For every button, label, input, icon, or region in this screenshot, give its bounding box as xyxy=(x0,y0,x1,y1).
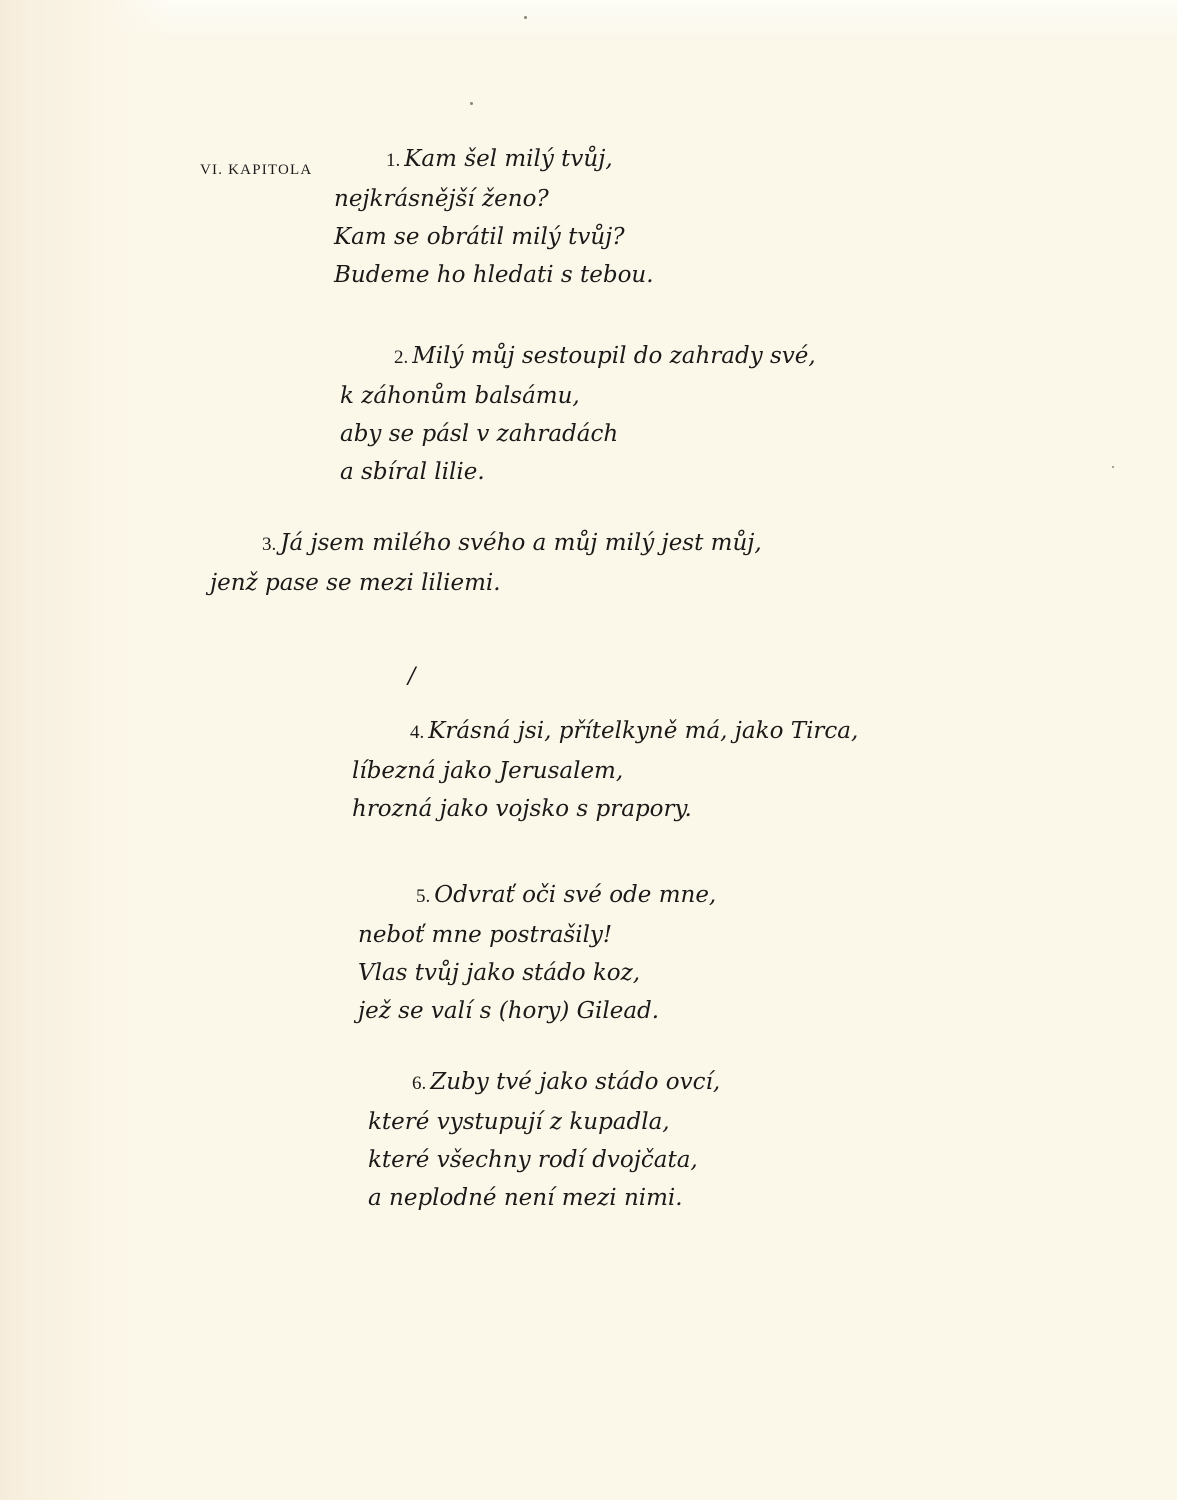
verse-line: aby se pásl v zahradách xyxy=(340,415,816,453)
verse-line: Kam šel milý tvůj, xyxy=(404,146,612,172)
verse-stanza-1: 1.Kam šel milý tvůj, nejkrásnější ženo? … xyxy=(334,140,654,294)
book-page: VI. KAPITOLA 1.Kam šel milý tvůj, nejkrá… xyxy=(0,0,1177,1500)
verse-line: Budeme ho hledati s tebou. xyxy=(334,256,654,294)
verse-line: Zuby tvé jako stádo ovcí, xyxy=(430,1069,720,1095)
verse-stanza-4: 4.Krásná jsi, přítelkyně má, jako Tirca,… xyxy=(352,712,858,828)
verse-line: jež se valí s (hory) Gilead. xyxy=(358,992,716,1030)
verse-stanza-5: 5.Odvrať oči své ode mne, neboť mne post… xyxy=(358,876,716,1030)
verse-first-line: 6.Zuby tvé jako stádo ovcí, xyxy=(368,1063,720,1103)
chapter-label: VI. KAPITOLA xyxy=(200,162,312,179)
verse-first-line: 3.Já jsem milého svého a můj milý jest m… xyxy=(210,524,762,564)
verse-line: líbezná jako Jerusalem, xyxy=(352,752,858,790)
paper-speck xyxy=(1112,466,1114,468)
verse-stanza-3: 3.Já jsem milého svého a můj milý jest m… xyxy=(210,524,762,602)
verse-number: 4. xyxy=(410,722,424,743)
verse-number: 3. xyxy=(262,534,276,555)
verse-number: 5. xyxy=(416,886,430,907)
verse-number: 6. xyxy=(412,1073,426,1094)
paper-speck xyxy=(470,102,473,105)
verse-line: jenž pase se mezi liliemi. xyxy=(210,564,762,602)
verse-line: které všechny rodí dvojčata, xyxy=(368,1141,720,1179)
verse-first-line: 4.Krásná jsi, přítelkyně má, jako Tirca, xyxy=(352,712,858,752)
verse-line: nejkrásnější ženo? xyxy=(334,180,654,218)
verse-line: hrozná jako vojsko s prapory. xyxy=(352,790,858,828)
verse-first-line: 2.Milý můj sestoupil do zahrady své, xyxy=(340,337,816,377)
verse-line: k záhonům balsámu, xyxy=(340,377,816,415)
verse-line: které vystupují z kupadla, xyxy=(368,1103,720,1141)
verse-line: Já jsem milého svého a můj milý jest můj… xyxy=(280,530,761,556)
verse-first-line: 5.Odvrať oči své ode mne, xyxy=(358,876,716,916)
verse-stanza-6: 6.Zuby tvé jako stádo ovcí, které vystup… xyxy=(368,1063,720,1217)
verse-line: a neplodné není mezi nimi. xyxy=(368,1179,720,1217)
verse-line: neboť mne postrašily! xyxy=(358,916,716,954)
verse-line: Milý můj sestoupil do zahrady své, xyxy=(412,343,815,369)
verse-stanza-2: 2.Milý můj sestoupil do zahrady své, k z… xyxy=(340,337,816,491)
verse-line: Vlas tvůj jako stádo koz, xyxy=(358,954,716,992)
verse-line: a sbíral lilie. xyxy=(340,453,816,491)
verse-number: 1. xyxy=(386,150,400,171)
verse-line: Krásná jsi, přítelkyně má, jako Tirca, xyxy=(428,718,858,744)
verse-number: 2. xyxy=(394,347,408,368)
verse-line: Odvrať oči své ode mne, xyxy=(434,882,716,908)
verse-line: Kam se obrátil milý tvůj? xyxy=(334,218,654,256)
separator-mark: / xyxy=(408,664,415,689)
paper-speck xyxy=(524,16,527,19)
verse-first-line: 1.Kam šel milý tvůj, xyxy=(334,140,654,180)
